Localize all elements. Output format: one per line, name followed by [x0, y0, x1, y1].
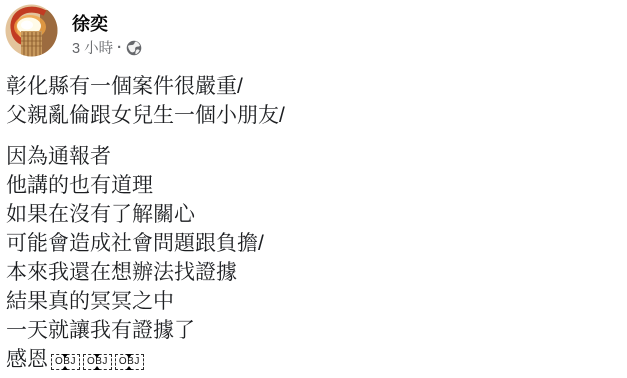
post-body: 彰化縣有一個案件很嚴重/ 父親亂倫跟女兒生一個小朋友/ 因為通報者 他講的也有道… [6, 72, 617, 374]
post-text-line: 因為通報者 [6, 142, 617, 171]
post-meta: 3 小時 · [72, 37, 142, 58]
thanks-text: 感恩 [6, 348, 48, 371]
meta-separator: · [117, 40, 122, 56]
post-text-line: 他講的也有道理 [6, 171, 617, 200]
object-replacement-placeholder: OBJ [115, 354, 144, 370]
object-replacement-placeholder: OBJ [83, 354, 112, 370]
globe-public-icon [126, 40, 142, 56]
object-replacement-placeholder: OBJ [51, 354, 80, 370]
paragraph: 彰化縣有一個案件很嚴重/ 父親亂倫跟女兒生一個小朋友/ [6, 72, 617, 130]
post-text-line: 可能會造成社會問題跟負擔/ [6, 229, 617, 258]
facebook-post: 徐奕 3 小時 · 彰化縣有一個案件很嚴重/ 父親亂倫跟女兒生一個小朋友/ 因為… [0, 0, 627, 378]
post-text-line: 父親亂倫跟女兒生一個小朋友/ [6, 101, 617, 130]
paragraph: 因為通報者 他講的也有道理 如果在沒有了解關心 可能會造成社會問題跟負擔/ 本來… [6, 142, 617, 374]
avatar[interactable] [5, 4, 58, 57]
post-text-line: 一天就讓我有證據了 [6, 316, 617, 345]
post-text-line: 感恩OBJOBJOBJ [6, 345, 617, 374]
avatar-image [5, 4, 58, 57]
post-text-line: 如果在沒有了解關心 [6, 200, 617, 229]
post-text-line: 結果真的冥冥之中 [6, 287, 617, 316]
author-name[interactable]: 徐奕 [72, 10, 108, 36]
post-text-line: 彰化縣有一個案件很嚴重/ [6, 72, 617, 101]
post-text-line: 本來我還在想辦法找證據 [6, 258, 617, 287]
timestamp[interactable]: 3 小時 [72, 37, 113, 58]
